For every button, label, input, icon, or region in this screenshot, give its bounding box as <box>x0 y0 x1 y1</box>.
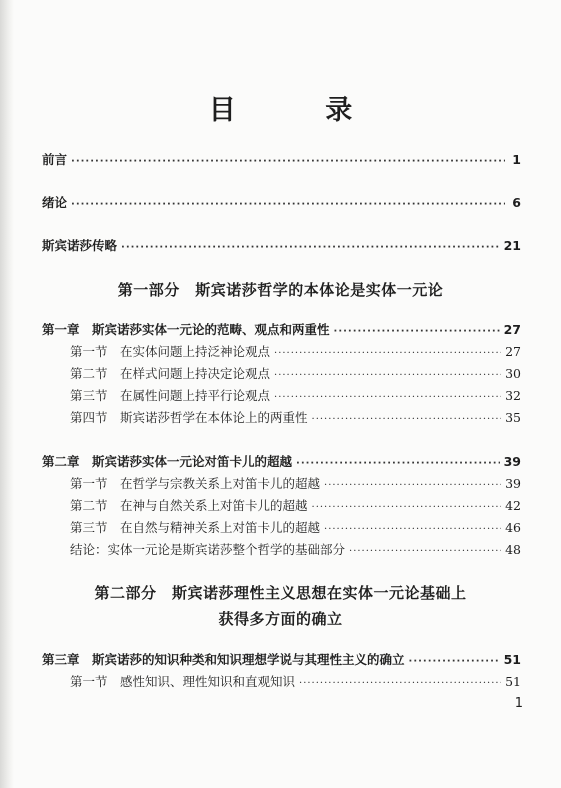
entry-page: 39 <box>504 454 521 470</box>
part-heading-2-line-2: 获得多方面的确立 <box>0 608 561 629</box>
entry-label: 结论：实体一元论是斯宾诺莎整个哲学的基础部分 <box>70 542 345 558</box>
leader-dots <box>324 522 501 538</box>
toc-entry-preface[interactable]: 前言 1 <box>42 152 521 170</box>
toc-entry-section[interactable]: 第一节 在实体问题上持泛神论观点 27 <box>70 344 521 362</box>
toc-entry-chapter-3[interactable]: 第三章 斯宾诺莎的知识种类和知识理想学说与其理性主义的确立 51 <box>42 652 521 670</box>
leader-dots <box>299 676 501 692</box>
toc-entry-section[interactable]: 第一节 感性知识、理性知识和直观知识 51 <box>70 674 521 692</box>
leader-dots <box>274 368 501 384</box>
leader-dots <box>334 324 500 340</box>
entry-page: 6 <box>509 195 521 211</box>
entry-page: 51 <box>505 674 521 690</box>
leader-dots <box>312 412 502 428</box>
leader-dots <box>121 240 500 256</box>
entry-label: 第三节 在属性问题上持平行论观点 <box>70 388 270 404</box>
leader-dots <box>274 390 501 406</box>
entry-label: 第三章 斯宾诺莎的知识种类和知识理想学说与其理性主义的确立 <box>42 652 405 668</box>
entry-page: 46 <box>505 520 521 536</box>
entry-label: 第一节 感性知识、理性知识和直观知识 <box>70 674 295 690</box>
leader-dots <box>312 500 502 516</box>
page-title: 目 录 <box>0 88 561 127</box>
part-heading-1: 第一部分 斯宾诺莎哲学的本体论是实体一元论 <box>0 279 561 300</box>
entry-page: 1 <box>509 152 521 168</box>
entry-label: 前言 <box>42 152 67 168</box>
entry-label: 第二节 在神与自然关系上对笛卡儿的超越 <box>70 498 308 514</box>
toc-entry-section[interactable]: 第二节 在样式问题上持决定论观点 30 <box>70 366 521 384</box>
toc-entry-chapter-2[interactable]: 第二章 斯宾诺莎实体一元论对笛卡儿的超越 39 <box>42 454 521 472</box>
toc-entry-introduction[interactable]: 绪论 6 <box>42 195 521 213</box>
leader-dots <box>296 456 500 472</box>
toc-entry-biography[interactable]: 斯宾诺莎传略 21 <box>42 238 521 256</box>
entry-label: 第二节 在样式问题上持决定论观点 <box>70 366 270 382</box>
toc-entry-section[interactable]: 第四节 斯宾诺莎哲学在本体论上的两重性 35 <box>70 410 521 428</box>
entry-label: 第一节 在实体问题上持泛神论观点 <box>70 344 270 360</box>
toc-entry-section[interactable]: 第一节 在哲学与宗教关系上对笛卡儿的超越 39 <box>70 476 521 494</box>
entry-page: 27 <box>505 344 521 360</box>
entry-label: 第二章 斯宾诺莎实体一元论对笛卡儿的超越 <box>42 454 292 470</box>
entry-label: 第三节 在自然与精神关系上对笛卡儿的超越 <box>70 520 320 536</box>
entry-page: 32 <box>505 388 521 404</box>
toc-entry-conclusion[interactable]: 结论：实体一元论是斯宾诺莎整个哲学的基础部分 48 <box>70 542 521 560</box>
toc-entry-chapter-1[interactable]: 第一章 斯宾诺莎实体一元论的范畴、观点和两重性 27 <box>42 322 521 340</box>
entry-label: 斯宾诺莎传略 <box>42 238 117 254</box>
entry-page: 51 <box>504 652 521 668</box>
entry-page: 27 <box>504 322 521 338</box>
toc-entry-section[interactable]: 第二节 在神与自然关系上对笛卡儿的超越 42 <box>70 498 521 516</box>
entry-page: 21 <box>504 238 521 254</box>
leader-dots <box>349 544 501 560</box>
entry-page: 42 <box>505 498 521 514</box>
toc-entry-section[interactable]: 第三节 在自然与精神关系上对笛卡儿的超越 46 <box>70 520 521 538</box>
page-number: 1 <box>515 696 523 711</box>
entry-label: 第一章 斯宾诺莎实体一元论的范畴、观点和两重性 <box>42 322 330 338</box>
entry-page: 35 <box>505 410 521 426</box>
leader-dots <box>71 197 505 213</box>
entry-page: 39 <box>505 476 521 492</box>
entry-label: 第一节 在哲学与宗教关系上对笛卡儿的超越 <box>70 476 320 492</box>
part-heading-2-line-1: 第二部分 斯宾诺莎理性主义思想在实体一元论基础上 <box>0 582 561 603</box>
leader-dots <box>324 478 501 494</box>
entry-page: 30 <box>505 366 521 382</box>
leader-dots <box>409 654 500 670</box>
leader-dots <box>71 154 505 170</box>
entry-label: 绪论 <box>42 195 67 211</box>
entry-label: 第四节 斯宾诺莎哲学在本体论上的两重性 <box>70 410 308 426</box>
leader-dots <box>274 346 501 362</box>
entry-page: 48 <box>505 542 521 558</box>
toc-entry-section[interactable]: 第三节 在属性问题上持平行论观点 32 <box>70 388 521 406</box>
